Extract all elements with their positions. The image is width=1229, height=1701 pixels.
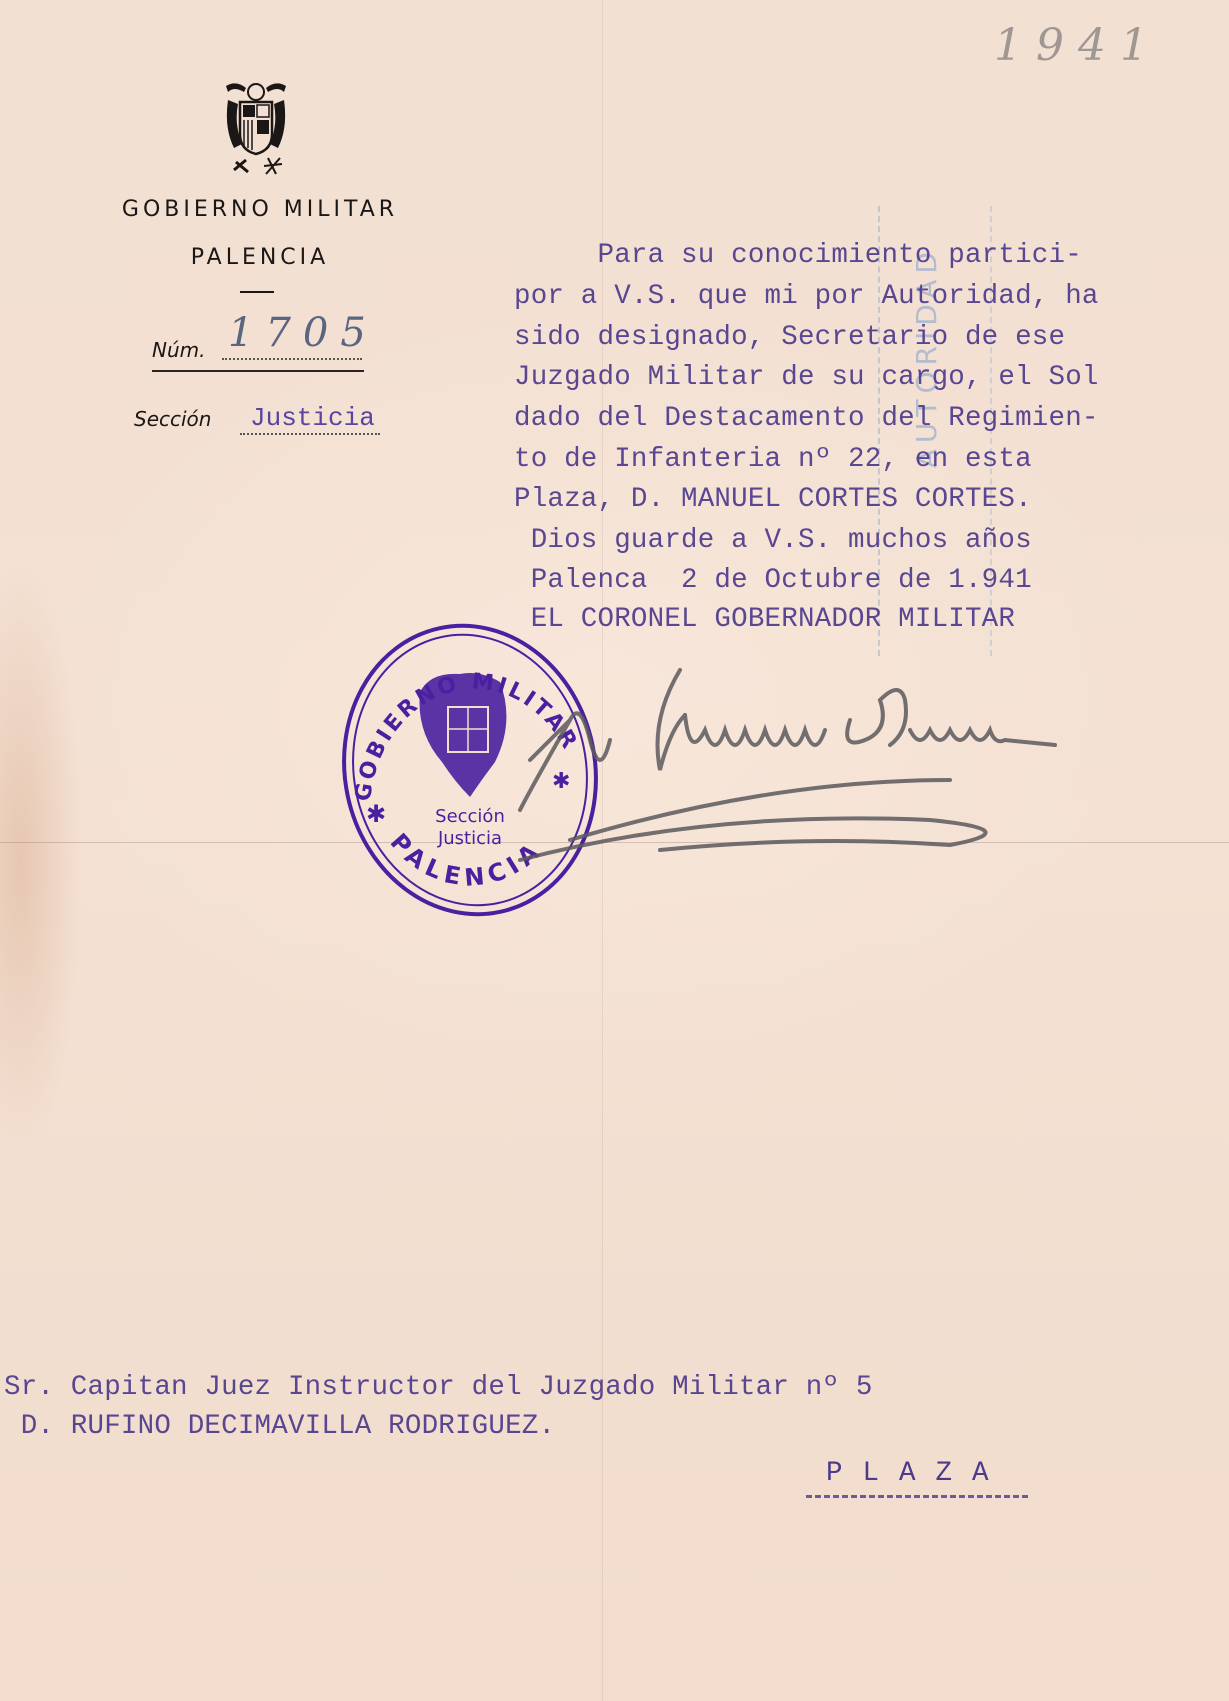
destination-plaza: PLAZA — [826, 1458, 1009, 1489]
body-line: Plaza, D. MANUEL CORTES CORTES. — [514, 484, 1032, 515]
handwritten-year: 1941 — [994, 20, 1162, 71]
number-underline — [152, 370, 364, 372]
addressee-name: D. RUFINO DECIMAVILLA RODRIGUEZ. — [4, 1411, 555, 1442]
body-line: Juzgado Militar de su cargo, el Sol — [514, 362, 1099, 393]
seal-section-text: Sección — [435, 806, 505, 827]
letterhead-city: PALENCIA — [80, 245, 440, 270]
closing-line: Dios guarde a V.S. muchos años — [514, 525, 1032, 556]
section-label: Sección — [134, 407, 211, 431]
letterhead-title: GOBIERNO MILITAR — [80, 197, 440, 222]
seal-eagle-icon — [419, 673, 506, 797]
number-label: Núm. — [152, 338, 205, 362]
date-line: Palenca 2 de Octubre de 1.941 — [514, 565, 1032, 596]
body-line: dado del Destacamento del Regimien- — [514, 403, 1099, 434]
seal-star-icon: ✱ — [366, 800, 386, 828]
seal-justicia-text: Justicia — [437, 828, 502, 849]
signature-icon — [510, 660, 1210, 890]
coat-of-arms-icon — [222, 78, 290, 178]
letterhead-divider — [240, 291, 274, 293]
number-dotted-line — [222, 358, 362, 360]
destination-underline — [806, 1495, 1028, 1498]
blue-stamp-text: AUTORIDAD — [910, 246, 943, 468]
section-dotted-line — [240, 433, 380, 435]
body-line: por a V.S. que mi por Autoridad, ha — [514, 281, 1099, 312]
section-value: Justicia — [250, 403, 375, 433]
body-line: to de Infanteria nº 22, en esta — [514, 444, 1032, 475]
body-line: Para su conocimiento partici- — [514, 240, 1082, 271]
body-line: sido designado, Secretario de ese — [514, 322, 1065, 353]
number-value: 1705 — [228, 310, 378, 356]
addressee-title: Sr. Capitan Juez Instructor del Juzgado … — [4, 1372, 873, 1403]
